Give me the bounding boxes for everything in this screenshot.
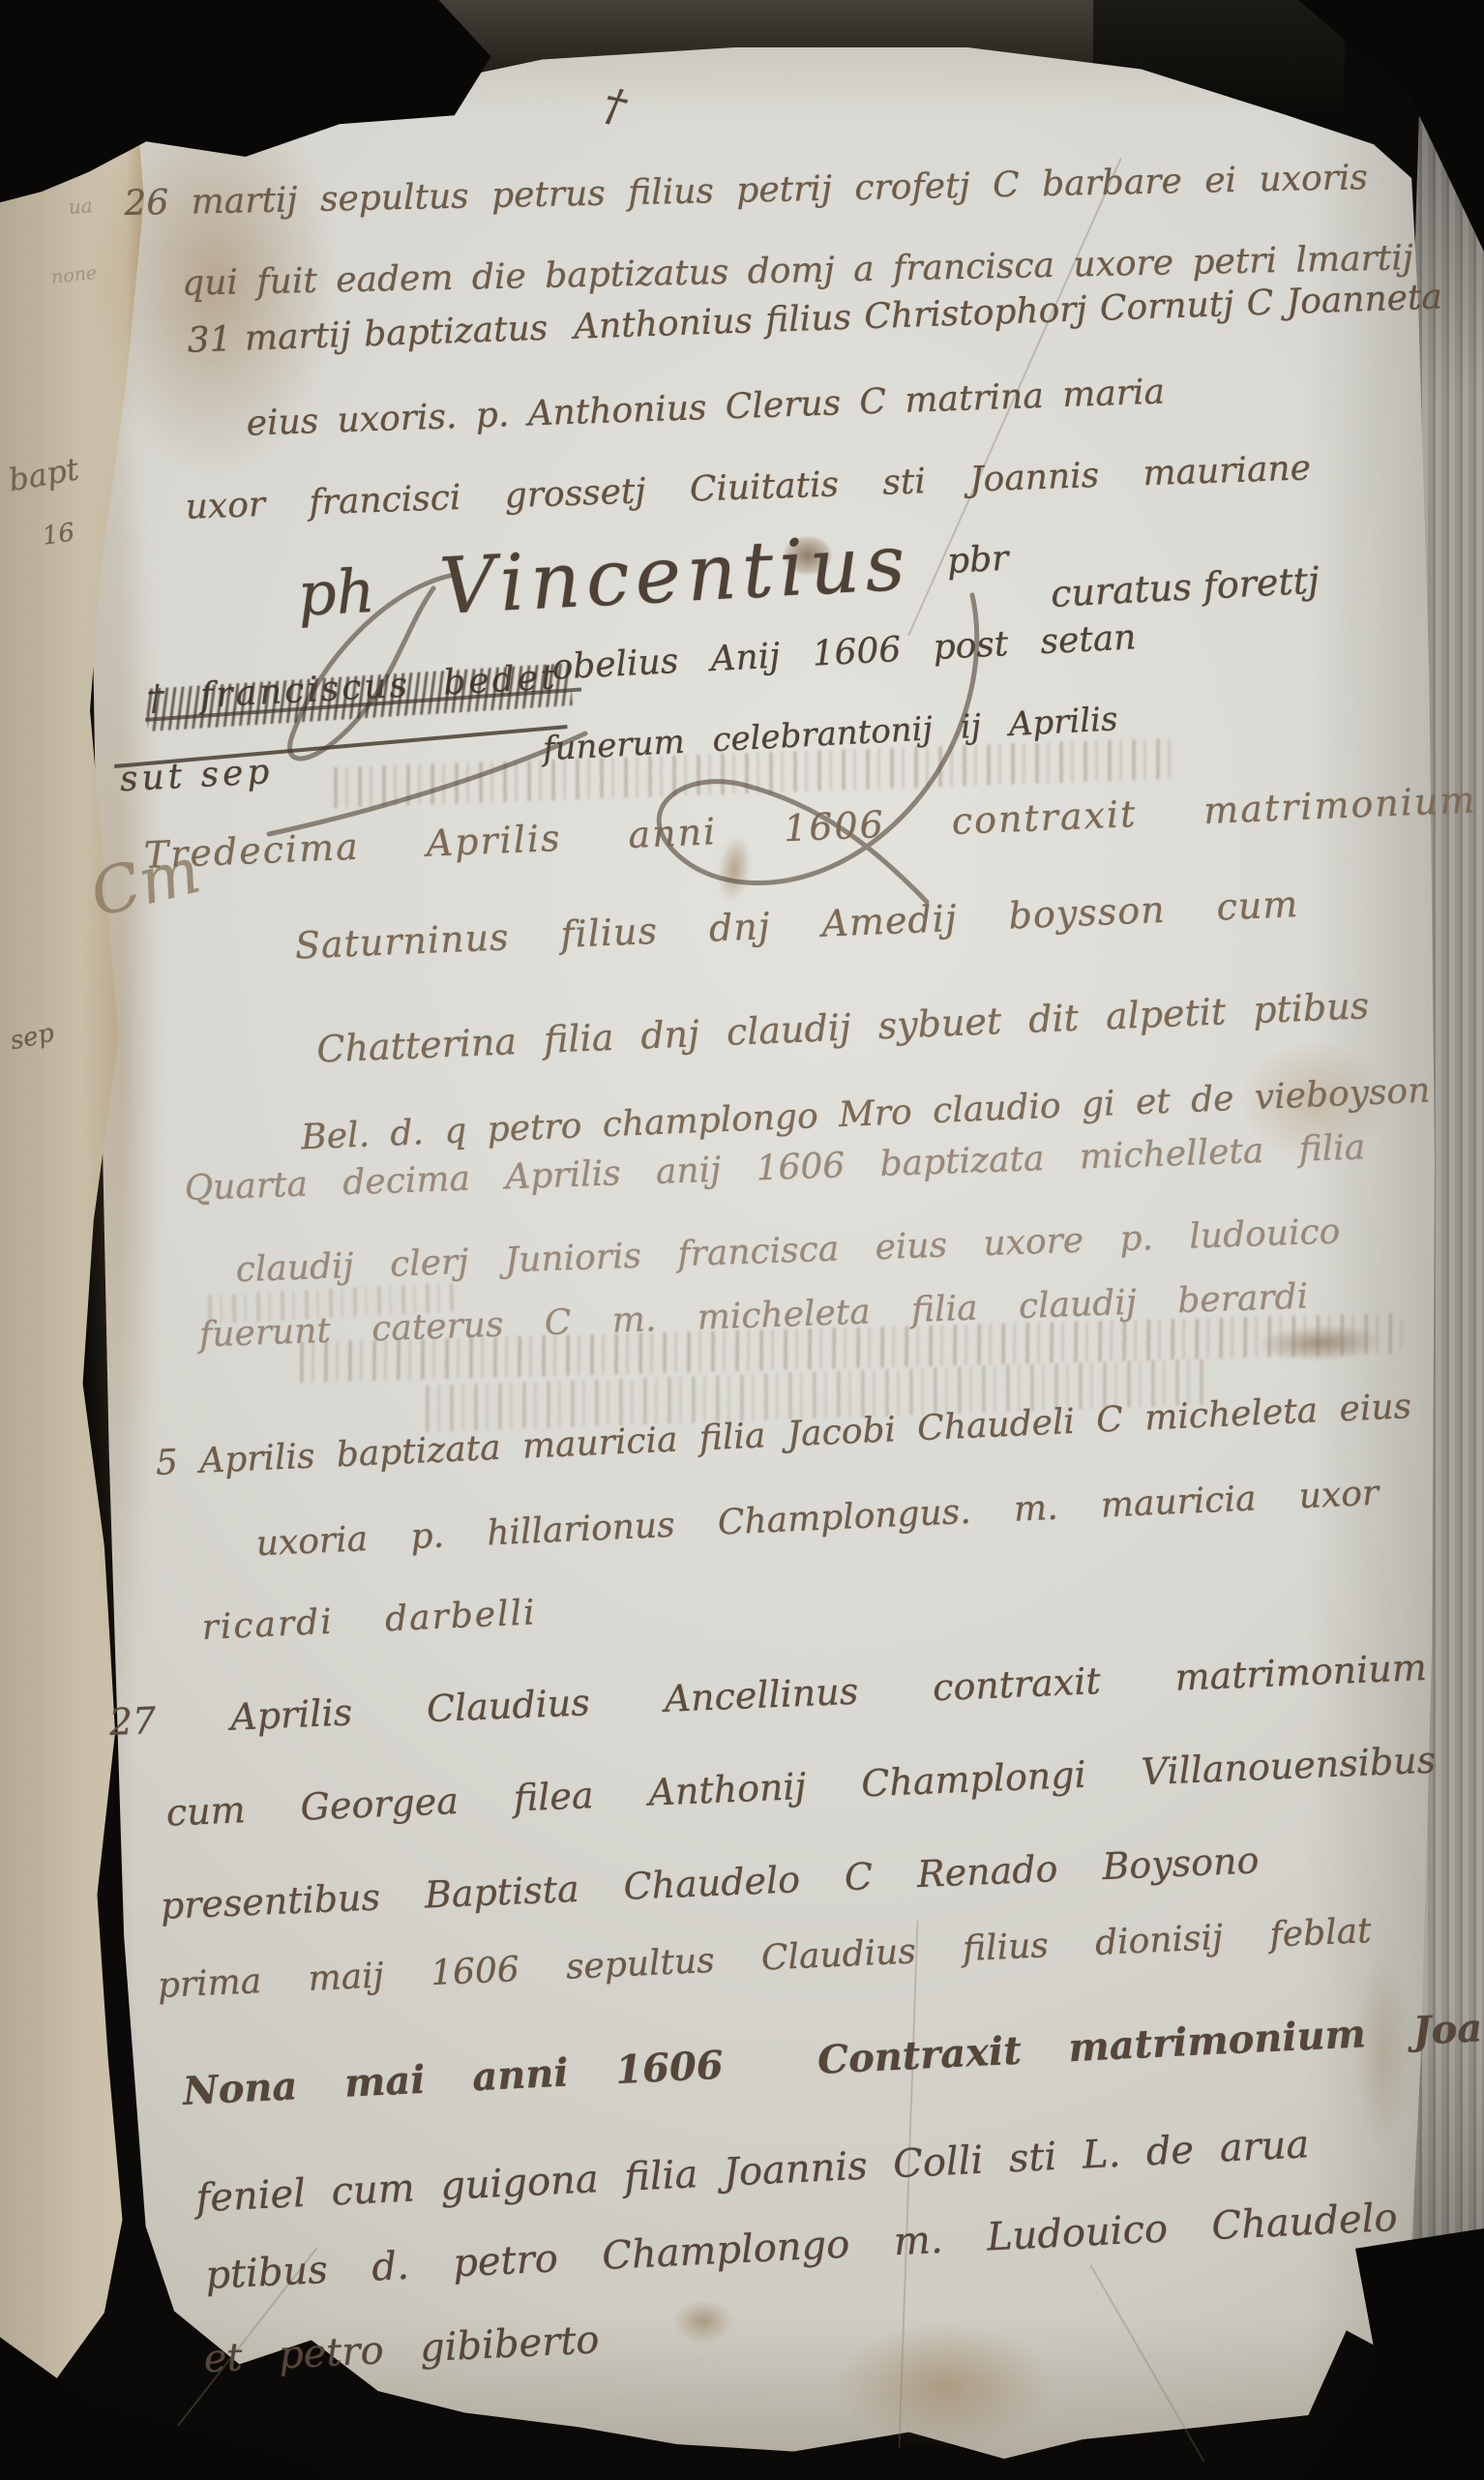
margin-note-16: 16 (41, 518, 76, 551)
margin-note: ua (68, 194, 93, 219)
manuscript-page-scan: † ua none bapt 16 Cm sep 26 martij sepul… (0, 0, 1484, 2480)
